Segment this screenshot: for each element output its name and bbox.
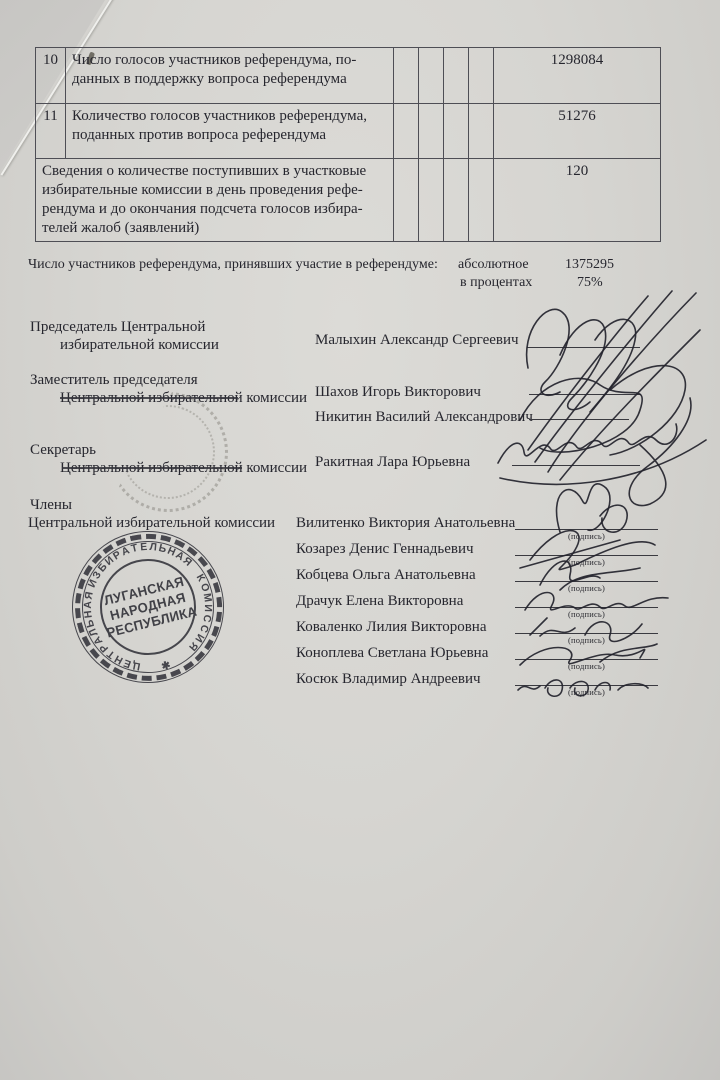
participation-percent-label: в процентах (460, 274, 532, 292)
empty-cell (469, 48, 494, 104)
row-value: 120 (494, 159, 661, 242)
row-value: 51276 (494, 104, 661, 159)
members-title-line1: Члены (30, 496, 72, 514)
empty-cell (394, 48, 419, 104)
results-table: 10 Число голосов участников референдума,… (35, 47, 661, 242)
empty-cell (394, 104, 419, 159)
row-number: 11 (36, 104, 66, 159)
table-row: 11 Количество голосов участников референ… (36, 104, 661, 159)
participation-percent-value: 75% (577, 274, 603, 292)
member-name: Кобцева Ольга Анатольевна (296, 566, 476, 584)
chairman-title-line2: избирательной комиссии (60, 336, 219, 354)
empty-cell (419, 159, 444, 242)
empty-cell (469, 159, 494, 242)
signature-line (515, 581, 658, 582)
signature-line (512, 465, 640, 466)
strike-line (60, 397, 238, 399)
empty-cell (444, 159, 469, 242)
chairman-name: Малыхин Александр Сергеевич (315, 331, 519, 349)
secretary-title-line1: Секретарь (30, 441, 96, 459)
table-row: 10 Число голосов участников референдума,… (36, 48, 661, 104)
participation-absolute-label: абсолютное (458, 256, 529, 274)
empty-cell (419, 104, 444, 159)
signature-caption: (подпись) (515, 609, 658, 619)
participation-label: Число участников референдума, принявших … (28, 256, 438, 274)
row-number: 10 (36, 48, 66, 104)
document-page: 10 Число голосов участников референдума,… (0, 0, 720, 1080)
empty-cell (419, 48, 444, 104)
signature-cluster-top (520, 291, 700, 480)
member-name: Коноплева Светлана Юрьевна (296, 644, 488, 662)
deputy-name-1: Шахов Игорь Викторович (315, 383, 481, 401)
signature-caption: (подпись) (515, 557, 658, 567)
secretary-name: Ракитная Лара Юрьевна (315, 453, 470, 471)
member-name: Вилитенко Виктория Анатольевна (296, 514, 515, 532)
empty-cell (394, 159, 419, 242)
signature-caption: (подпись) (515, 635, 658, 645)
signature-member-1 (557, 484, 628, 532)
empty-cell (444, 104, 469, 159)
deputy-name-2: Никитин Василий Александрович (315, 408, 533, 426)
signature-line (529, 394, 641, 395)
chairman-title-line1: Председатель Центральной (30, 318, 205, 336)
member-name: Козарез Денис Геннадьевич (296, 540, 474, 558)
signature-line (515, 633, 658, 634)
row-text: Число голосов участников референдума, по… (66, 48, 394, 104)
signature-line (515, 659, 658, 660)
signature-caption: (подпись) (515, 687, 658, 697)
signature-line (529, 419, 629, 420)
row-value: 1298084 (494, 48, 661, 104)
signature-caption: (подпись) (515, 661, 658, 671)
empty-cell (469, 104, 494, 159)
row-text: Сведения о количестве поступивших в учас… (36, 159, 394, 242)
table-row: Сведения о количестве поступивших в учас… (36, 159, 661, 242)
empty-cell (444, 48, 469, 104)
member-name: Коваленко Лилия Викторовна (296, 618, 487, 636)
signature-line (527, 347, 640, 348)
signature-line (515, 685, 658, 686)
participation-absolute-value: 1375295 (565, 256, 614, 274)
member-name: Косюк Владимир Андреевич (296, 670, 481, 688)
signature-line (515, 529, 658, 530)
member-name: Драчук Елена Викторовна (296, 592, 463, 610)
official-round-stamp: ЦЕНТРАЛЬНАЯИЗБИРАТЕЛЬНАЯКОМИССИЯ✱ ЛУГАНС… (56, 515, 240, 699)
row-text: Количество голосов участников референдум… (66, 104, 394, 159)
signature-line (515, 555, 658, 556)
signature-line (515, 607, 658, 608)
signature-caption: (подпись) (515, 531, 658, 541)
deputy-title-line1: Заместитель председателя (30, 371, 198, 389)
signature-caption: (подпись) (515, 583, 658, 593)
